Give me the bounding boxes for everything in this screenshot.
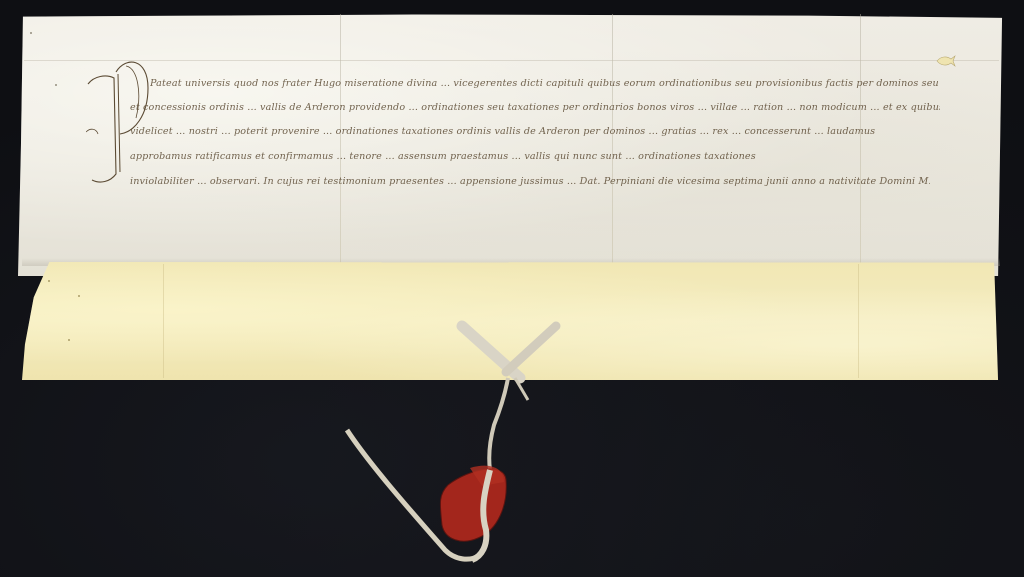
flourish-mark bbox=[935, 54, 959, 68]
charter-text-line-3: videlicet ... nostri ... poterit proveni… bbox=[130, 126, 938, 137]
decorated-initial-p bbox=[86, 54, 156, 184]
speck bbox=[30, 32, 32, 34]
plica-crease bbox=[163, 264, 164, 378]
charter-text-line-4: approbamus ratificamus et confirmamus ..… bbox=[130, 151, 940, 162]
fold-crease bbox=[24, 60, 999, 61]
parchment-sheet bbox=[18, 14, 1006, 276]
plica-crease bbox=[858, 264, 859, 378]
speck bbox=[55, 84, 57, 86]
speck bbox=[68, 339, 70, 341]
speck bbox=[48, 280, 50, 282]
charter-text-line-2: et concessionis ordinis ... vallis de Ar… bbox=[130, 102, 940, 113]
plica-fold bbox=[22, 262, 1000, 380]
charter-text-line-5: inviolabiliter ... observari. In cujus r… bbox=[130, 176, 930, 187]
charter-text-line-1: Pateat universis quod nos frater Hugo mi… bbox=[150, 78, 940, 89]
speck bbox=[78, 295, 80, 297]
